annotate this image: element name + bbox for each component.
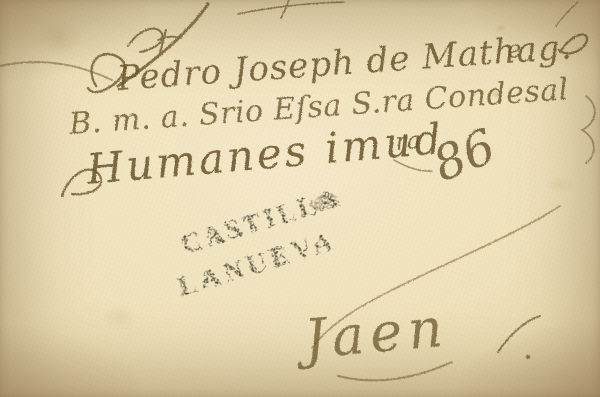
ink-layer: Pedro Joseph de Mathag. e B. m. a. Srio …	[0, 0, 600, 397]
line2-superscript: e	[506, 35, 523, 64]
manuscript-layer: Pedro Joseph de Mathag. e B. m. a. Srio …	[0, 0, 595, 380]
rubric-tail	[0, 62, 112, 80]
jaen-paraph-dot	[526, 355, 530, 359]
jaen-end-paraph	[498, 316, 540, 352]
cross-mark	[238, 0, 344, 18]
destination-jaen: Jaen	[292, 296, 451, 372]
flourish-right-edge	[582, 96, 595, 163]
postmark-stamp: CASTILLA LANUEVA	[163, 182, 357, 302]
corner-stroke	[556, 2, 578, 26]
line4-superscript: ra	[394, 126, 422, 156]
postal-cover-photo: Pedro Joseph de Mathag. e B. m. a. Srio …	[0, 0, 600, 397]
